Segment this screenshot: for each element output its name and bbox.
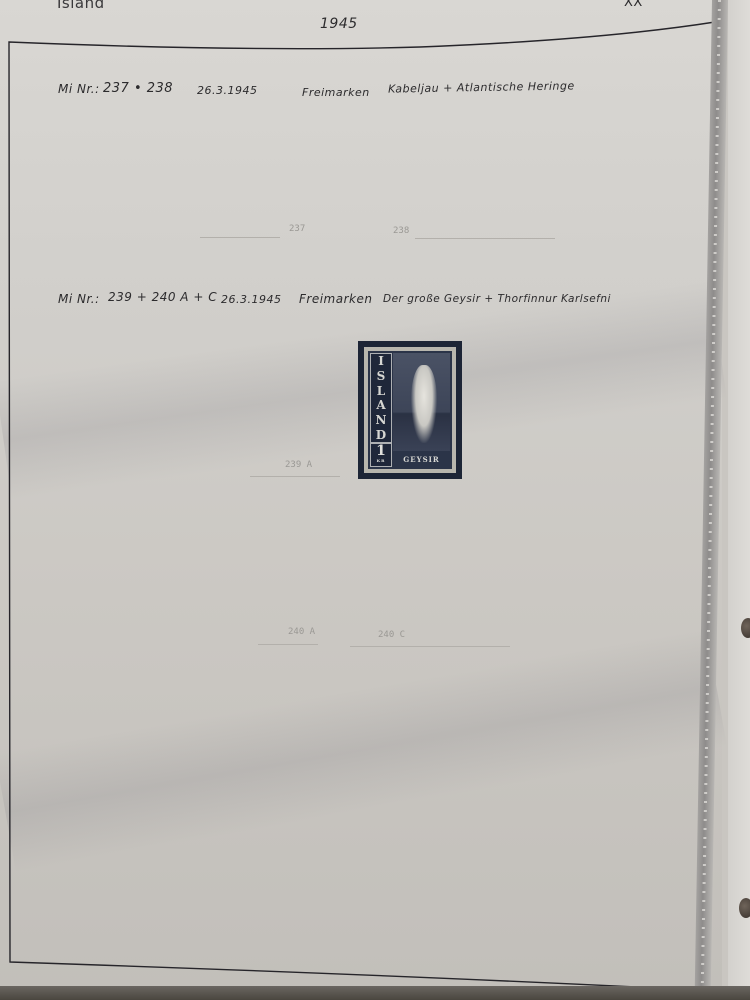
stamp-country-letter: I [378,354,384,368]
stamp-value: 1 KR [370,443,392,467]
geyser-image [411,365,437,443]
catalog-prefix: Mi Nr.: [58,292,100,306]
catalog-prefix: Mi Nr.: [58,82,100,96]
stamp-design: ISLAND 1 KR GEYSIR [368,351,452,469]
issue-description: Der große Geysir + Thorfinnur Karlsefni [383,293,611,305]
stamp-country-letter: A [376,398,385,412]
background-surface [0,986,750,1000]
slot-label: 240 C [378,630,405,640]
country-label: Island [57,0,105,12]
binder-hole [739,898,750,918]
stamp-name: GEYSIR [393,453,450,467]
issue-date: 26.3.1945 [221,293,281,306]
stamp-geysir: ISLAND 1 KR GEYSIR [358,341,462,479]
catalog-numbers: 239 + 240 A + C [108,290,217,304]
stamp-perforated-paper: ISLAND 1 KR GEYSIR [364,347,456,473]
stamp-scene [393,353,450,451]
slot-line [350,646,510,647]
slot-line [200,237,280,238]
catalog-numbers: 237 • 238 [103,81,173,96]
stamp-country: ISLAND [370,353,392,443]
slot-label: 237 [289,224,305,234]
slot-label: 240 A [288,627,315,637]
page-year: 1945 [320,16,358,32]
stamp-country-letter: D [376,428,386,442]
next-page-edge [728,0,750,1000]
slot-line [415,238,555,239]
condition-mark: XX [624,0,643,10]
binder-hole [741,618,750,638]
issue-type: Freimarken [302,86,370,99]
stamp-country-letter: S [377,369,386,383]
stamp-country-letter: L [377,384,385,398]
stamp-value-number: 1 [376,443,386,459]
page-border-frame [0,0,750,1000]
issue-type: Freimarken [299,292,372,306]
slot-line [250,476,340,477]
stamp-country-letter: N [376,413,387,427]
slot-label: 238 [393,226,409,236]
slot-line [258,644,318,645]
stamp-currency: KR [371,458,391,464]
slot-label: 239 A [285,460,312,470]
issue-date: 26.3.1945 [197,84,257,97]
